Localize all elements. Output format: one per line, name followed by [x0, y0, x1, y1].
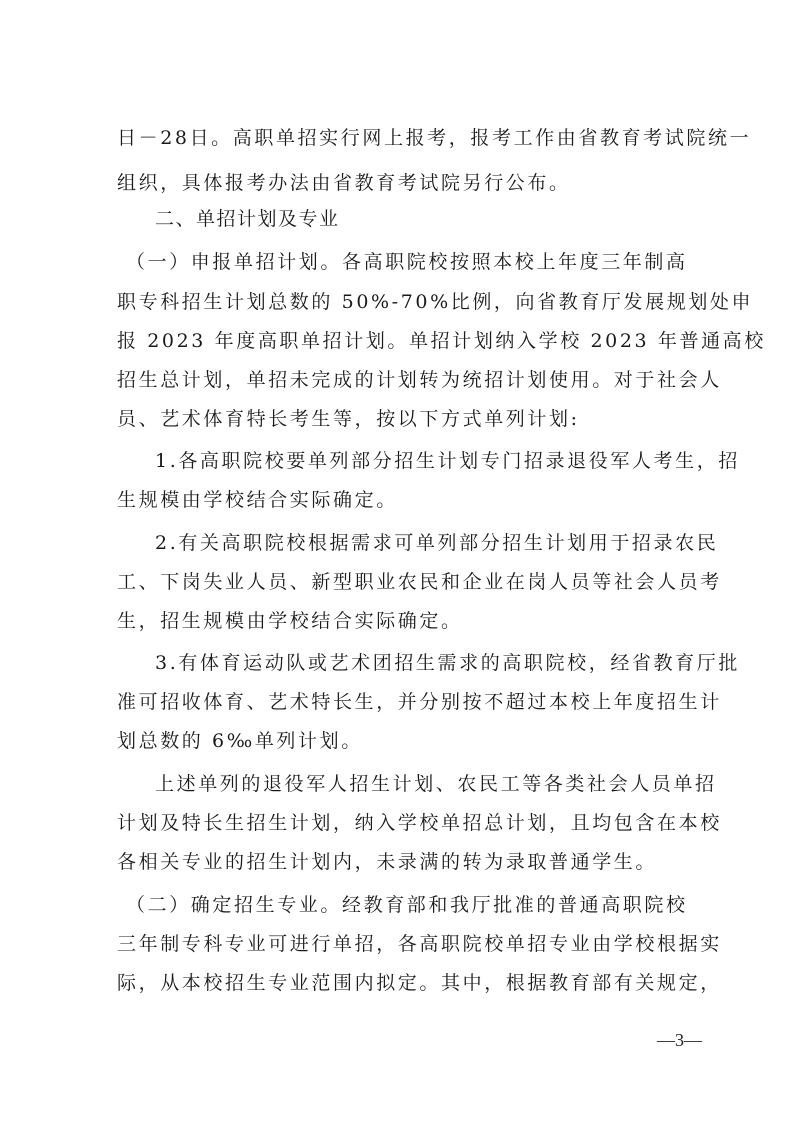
- paragraph-line: 三年制专科专业可进行单招，各高职院校单招专业由学校根据实: [117, 932, 717, 956]
- paragraph-line: 各相关专业的招生计划内，未录满的转为录取普通学生。: [117, 850, 717, 874]
- page-number: —3—: [657, 1030, 702, 1051]
- paragraph-line: 计划及特长生招生计划，纳入学校单招总计划，且均包含在本校: [117, 811, 717, 835]
- paragraph-line: 上述单列的退役军人招生计划、农民工等各类社会人员单招: [155, 772, 717, 796]
- paragraph-line: 工、下岗失业人员、新型职业农民和企业在岗人员等社会人员考: [117, 570, 717, 594]
- list-item-3-line: 3.有体育运动队或艺术团招生需求的高职院校，经省教育厅批: [155, 651, 717, 675]
- subsection-heading-line: （一）申报单招计划。各高职院校按照本校上年度三年制高: [126, 250, 726, 274]
- paragraph-line: 生规模由学校结合实际确定。: [117, 488, 717, 512]
- paragraph-line: 际，从本校招生专业范围内拟定。其中，根据教育部有关规定，: [117, 971, 717, 995]
- paragraph-line: 报 2023 年度高职单招计划。单招计划纳入学校 2023 年普通高校: [117, 329, 717, 353]
- paragraph-line: 招生总计划，单招未完成的计划转为统招计划使用。对于社会人: [117, 368, 717, 392]
- list-item-2-line: 2.有关高职院校根据需求可单列部分招生计划用于招录农民: [155, 531, 717, 555]
- document-page: 日－28日。高职单招实行网上报考，报考工作由省教育考试院统一 组织，具体报考办法…: [0, 0, 793, 1122]
- paragraph-line: 组织，具体报考办法由省教育考试院另行公布。: [117, 171, 717, 195]
- subsection-heading-line: （二）确定招生专业。经教育部和我厅批准的普通高职院校: [126, 893, 726, 917]
- paragraph-line: 生，招生规模由学校结合实际确定。: [117, 609, 717, 633]
- paragraph-line: 划总数的 6‰单列计划。: [117, 729, 717, 753]
- paragraph-line: 职专科招生计划总数的 50%-70%比例，向省教育厅发展规划处申: [117, 290, 717, 314]
- section-heading: 二、单招计划及专业: [155, 207, 755, 231]
- list-item-1-line: 1.各高职院校要单列部分招生计划专门招录退役军人考生，招: [155, 449, 717, 473]
- paragraph-line: 准可招收体育、艺术特长生，并分别按不超过本校上年度招生计: [117, 690, 717, 714]
- paragraph-line: 日－28日。高职单招实行网上报考，报考工作由省教育考试院统一: [117, 126, 717, 150]
- paragraph-line: 员、艺术体育特长考生等，按以下方式单列计划:: [117, 407, 717, 431]
